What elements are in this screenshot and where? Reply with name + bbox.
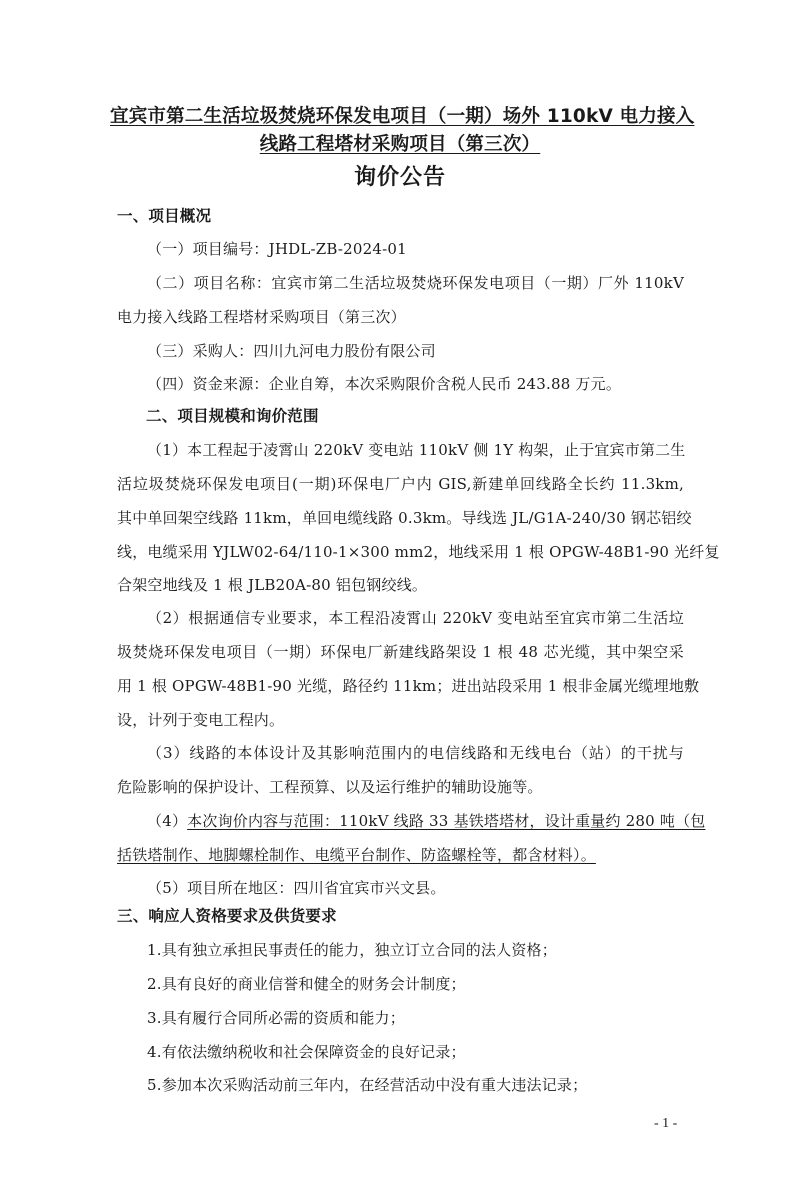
section-heading-scope: 二、项目规模和询价范围 — [146, 406, 319, 426]
document-page: 宜宾市第二生活垃圾焚烧环保发电项目（一期）场外 110kV 电力接入 线路工程塔… — [0, 0, 800, 1200]
project-number: （一）项目编号：JHDL-ZB-2024-01 — [147, 239, 407, 259]
scope-3-line-2: 危险影响的保护设计、工程预算、以及运行维护的辅助设施等。 — [117, 777, 543, 797]
scope-2-line-2: 圾焚烧环保发电项目（一期）环保电厂新建线路架设 1 根 48 芯光缆，其中架空采 — [117, 642, 684, 662]
qualification-1: 1.具有独立承担民事责任的能力，独立订立合同的法人资格； — [147, 940, 557, 960]
scope-4-line-1: （4）本次询价内容与范围：110kV 线路 33 基铁塔塔材，设计重量约 280… — [147, 811, 705, 831]
scope-2-line-4: 设，计列于变电工程内。 — [117, 710, 284, 730]
document-title: 宜宾市第二生活垃圾焚烧环保发电项目（一期）场外 110kV 电力接入 线路工程塔… — [110, 103, 690, 159]
title-line-2: 线路工程塔材采购项目（第三次） — [110, 131, 690, 159]
section-heading-overview: 一、项目概况 — [117, 206, 211, 226]
funding-source: （四）资金来源：企业自筹，本次采购限价含税人民币 243.88 万元。 — [147, 374, 621, 394]
section-heading-qualifications: 三、响应人资格要求及供货要求 — [117, 906, 337, 926]
project-location: （5）项目所在地区：四川省宜宾市兴文县。 — [147, 878, 446, 898]
page-number: - 1 - — [654, 1116, 677, 1132]
scope-1-line-5: 合架空地线及 1 根 JLB20A-80 铝包钢绞线。 — [117, 575, 427, 595]
title-line-1: 宜宾市第二生活垃圾焚烧环保发电项目（一期）场外 110kV 电力接入 — [110, 103, 690, 131]
scope-1-line-2: 活垃圾焚烧环保发电项目(一期)环保电厂户内 GIS,新建单回线路全长约 11.3… — [117, 474, 684, 494]
scope-1-line-3: 其中单回架空线路 11km，单回电缆线路 0.3km。导线选 JL/G1A-24… — [117, 508, 684, 528]
notice-heading: 询价公告 — [0, 160, 800, 191]
purchaser: （三）采购人：四川九河电力股份有限公司 — [147, 341, 436, 361]
scope-2-line-1: （2）根据通信专业要求，本工程沿凌霄山 220kV 变电站至宜宾市第二生活垃 — [147, 608, 684, 628]
scope-1-line-1: （1）本工程起于凌霄山 220kV 变电站 110kV 侧 1Y 构架，止于宜宾… — [147, 440, 684, 460]
project-name-line-2: 电力接入线路工程塔材采购项目（第三次） — [117, 307, 406, 327]
qualification-4: 4.有依法缴纳税收和社会保障资金的良好记录； — [147, 1042, 466, 1062]
scope-4-underlined-text: 本次询价内容与范围：110kV 线路 33 基铁塔塔材，设计重量约 280 吨（… — [187, 812, 705, 830]
qualification-3: 3.具有履行合同所必需的资质和能力； — [147, 1008, 405, 1028]
scope-1-line-4: 线，电缆采用 YJLW02-64/110-1×300 mm2，地线采用 1 根 … — [117, 542, 684, 562]
scope-2-line-3: 用 1 根 OPGW-48B1-90 光缆，路径约 11km；进出站段采用 1 … — [117, 676, 684, 696]
scope-4-label: （4） — [147, 812, 187, 830]
qualification-5: 5.参加本次采购活动前三年内，在经营活动中没有重大违法记录； — [147, 1075, 587, 1095]
scope-4-line-2: 括铁塔制作、地脚螺栓制作、电缆平台制作、防盗螺栓等，都含材料）。 — [117, 845, 596, 865]
qualification-2: 2.具有良好的商业信誉和健全的财务会计制度； — [147, 974, 466, 994]
project-name-line-1: （二）项目名称：宜宾市第二生活垃圾焚烧环保发电项目（一期）厂外 110kV — [147, 273, 684, 293]
scope-3-line-1: （3）线路的本体设计及其影响范围内的电信线路和无线电台（站）的干扰与 — [147, 743, 684, 763]
